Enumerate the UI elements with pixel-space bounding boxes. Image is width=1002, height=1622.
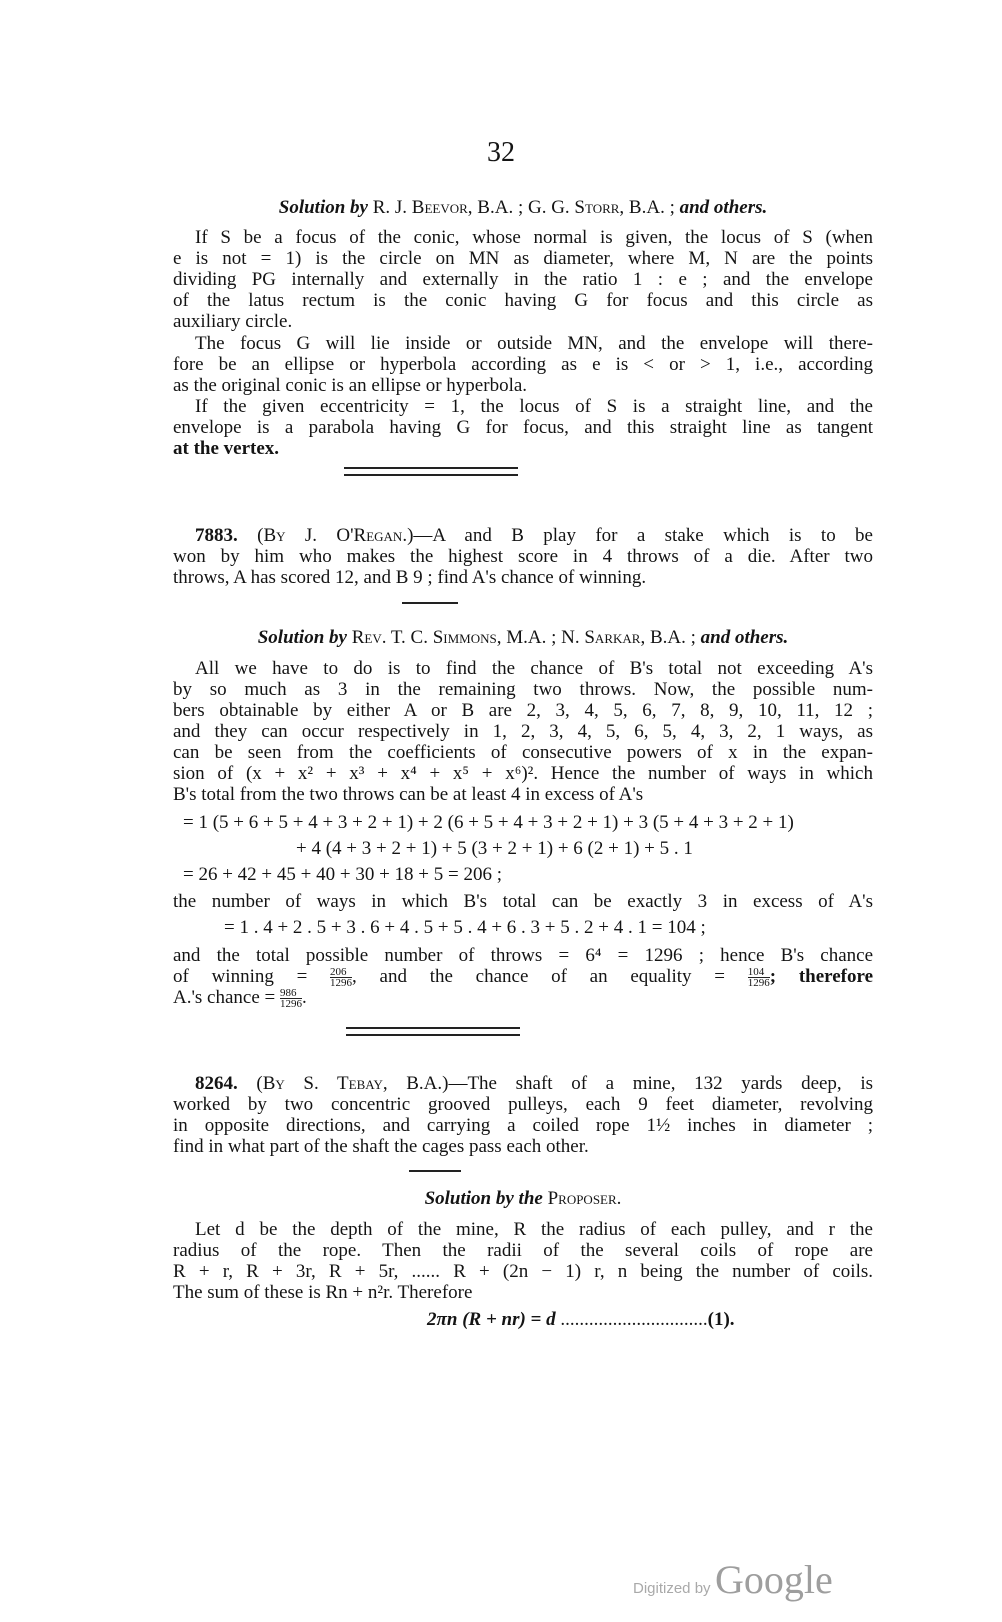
question-author: (By J. O'Regan.) — [257, 525, 413, 546]
equation-1: 2πn (R + nr) = d .......................… — [427, 1309, 877, 1330]
text-line: of the latus rectum is the conic having … — [173, 290, 873, 311]
question-number: 8264. — [173, 1073, 238, 1094]
text-line: fore be an ellipse or hyperbola accordin… — [173, 354, 873, 375]
equation-line: = 26 + 42 + 45 + 40 + 30 + 18 + 5 = 206 … — [183, 864, 783, 885]
text-line: and the total possible number of throws … — [173, 945, 873, 966]
text-line: can be seen from the coefficients of con… — [173, 742, 873, 763]
fraction: 1041296 — [748, 967, 770, 988]
text-line: If the given eccentricity = 1, the locus… — [173, 396, 873, 417]
text-line: the number of ways in which B's total ca… — [173, 891, 873, 912]
text-line: find in what part of the shaft the cages… — [173, 1136, 873, 1157]
question-7883-line: 7883. (By J. O'Regan.)—A and B play for … — [173, 525, 873, 546]
text-line: e is not = 1) is the circle on MN as dia… — [173, 248, 873, 269]
text-line: Let d be the depth of the mine, R the ra… — [173, 1219, 873, 1240]
text-line: B's total from the two throws can be at … — [173, 784, 873, 805]
text-line: in opposite directions, and carrying a c… — [173, 1115, 873, 1136]
short-divider — [402, 602, 458, 604]
winning-line: of winning = 2061296, and the chance of … — [173, 966, 873, 988]
solution-header-7883: Solution by Rev. T. C. Simmons, M.A. ; N… — [173, 627, 873, 648]
digitized-by-google-watermark: Digitized by Google — [633, 1556, 833, 1603]
text-line: worked by two concentric grooved pulleys… — [173, 1094, 873, 1115]
text-line: radius of the rope. Then the radii of th… — [173, 1240, 873, 1261]
fraction: 2061296 — [330, 967, 352, 988]
text-line: by so much as 3 in the remaining two thr… — [173, 679, 873, 700]
text-line: The sum of these is Rn + n²r. Therefore — [173, 1282, 873, 1303]
text-line: auxiliary circle. — [173, 311, 873, 332]
section-divider — [346, 1027, 520, 1036]
text-line: sion of (x + x² + x³ + x⁴ + x⁵ + x⁶)². H… — [173, 763, 873, 784]
text-line: and they can occur respectively in 1, 2,… — [173, 721, 873, 742]
equation-line: + 4 (4 + 3 + 2 + 1) + 5 (3 + 2 + 1) + 6 … — [296, 838, 856, 859]
question-number: 7883. — [173, 525, 238, 546]
text-line: throws, A has scored 12, and B 9 ; find … — [173, 567, 873, 588]
text-line: dividing PG internally and externally in… — [173, 269, 873, 290]
text-line: as the original conic is an ellipse or h… — [173, 375, 873, 396]
text-line: bers obtainable by either A or B are 2, … — [173, 700, 873, 721]
text-line: The focus G will lie inside or outside M… — [173, 333, 873, 354]
page-number: 32 — [0, 137, 1002, 169]
text-line: at the vertex. — [173, 438, 873, 459]
google-logo: Google — [715, 1557, 833, 1602]
text-line: R + r, R + 3r, R + 5r, ...... R + (2n − … — [173, 1261, 873, 1282]
text-line: If S be a focus of the conic, whose norm… — [173, 227, 873, 248]
solution-header-8264: Solution by the Proposer. — [173, 1188, 873, 1209]
short-divider — [409, 1170, 461, 1172]
question-author: (By S. Tebay, B.A.) — [256, 1073, 448, 1094]
text-line: won by him who makes the highest score i… — [173, 546, 873, 567]
equation-line: = 1 (5 + 6 + 5 + 4 + 3 + 2 + 1) + 2 (6 +… — [183, 812, 873, 833]
final-line: A.'s chance = 9861296. — [173, 987, 873, 1009]
fraction: 9861296 — [280, 988, 302, 1009]
solution-header-1: Solution by R. J. Beevor, B.A. ; G. G. S… — [173, 197, 873, 218]
text-line: envelope is a parabola having G for focu… — [173, 417, 873, 438]
book-page: 32 Solution by R. J. Beevor, B.A. ; G. G… — [0, 0, 1002, 1622]
question-8264-line: 8264. (By S. Tebay, B.A.)—The shaft of a… — [173, 1073, 873, 1094]
equation-line: = 1 . 4 + 2 . 5 + 3 . 6 + 4 . 5 + 5 . 4 … — [224, 917, 864, 938]
section-divider — [344, 467, 518, 476]
text-line: All we have to do is to find the chance … — [173, 658, 873, 679]
